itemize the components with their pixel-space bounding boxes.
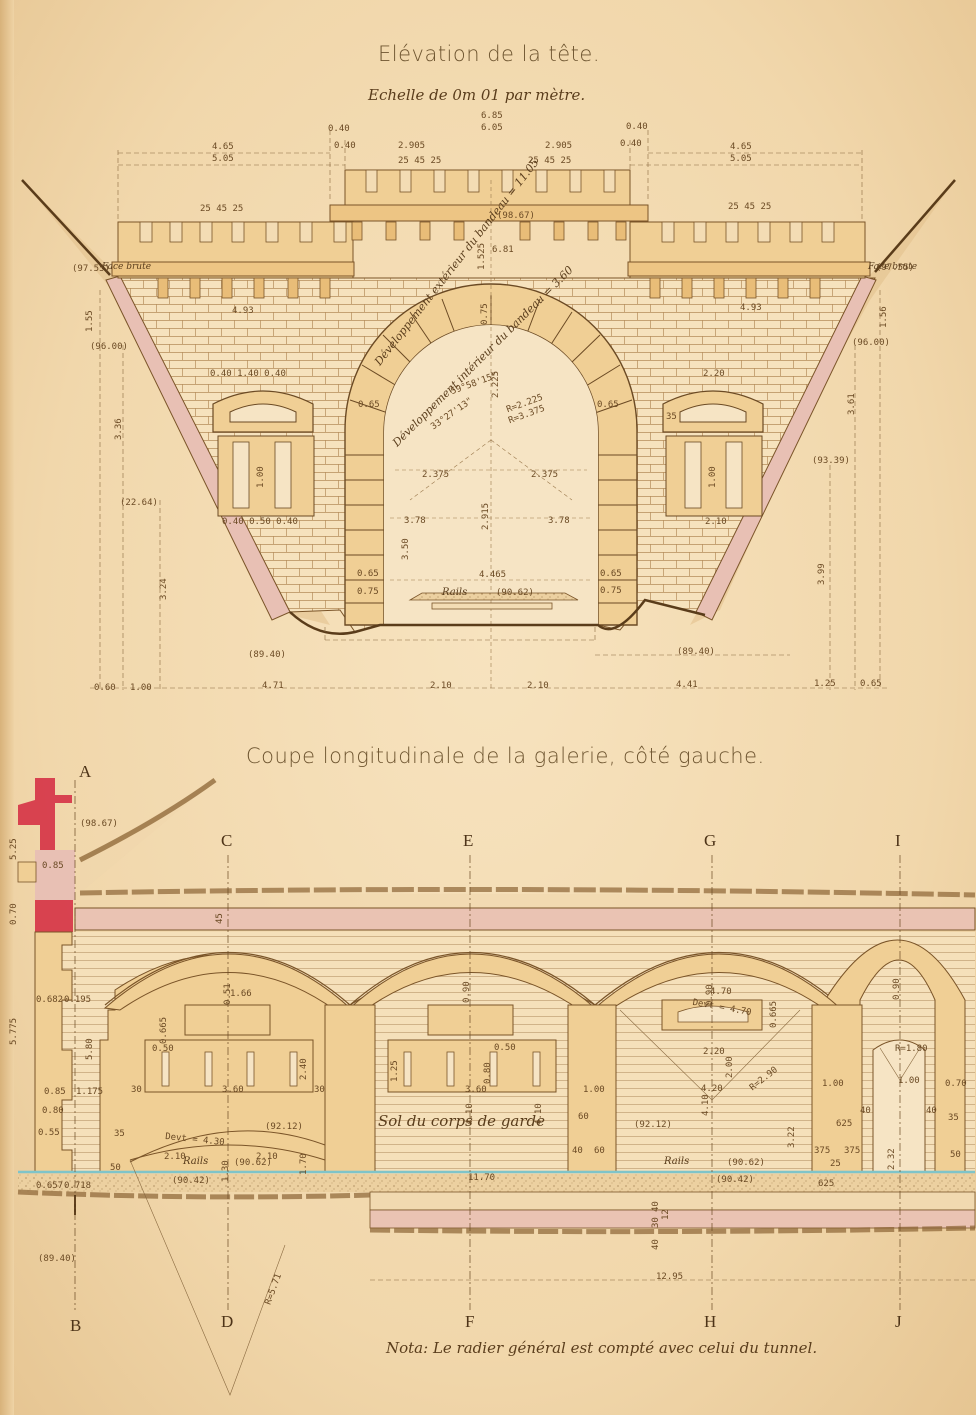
nota-text: Nota: Le radier général est compté avec … <box>386 1339 817 1357</box>
dim-b3-2: 0.665 <box>770 1001 779 1028</box>
dim-b1-13: 2.10 <box>256 1153 278 1162</box>
section-marker-h: H <box>704 1312 716 1332</box>
dim-b1-11: 50 <box>110 1164 121 1173</box>
dim-fd-4: 12.95 <box>656 1273 683 1282</box>
section-marker-e: E <box>463 831 473 851</box>
section-level-rails-right: (90.62) <box>727 1159 765 1168</box>
dim-b3-7: 3.22 <box>788 1126 797 1148</box>
dim-b2-13: 11.70 <box>468 1174 495 1183</box>
label-radius-1-80: R=1.80 <box>895 1045 928 1054</box>
dim-b4-0: 0.90 <box>893 978 902 1000</box>
section-marker-i: I <box>895 831 901 851</box>
dim-b2-5: 3.60 <box>465 1086 487 1095</box>
dim-b2-2: 1.25 <box>391 1060 400 1082</box>
dim-b4-13: 625 <box>818 1180 834 1189</box>
dim-lw-12: 5.80 <box>86 1038 95 1060</box>
dim-lw-5: 0.195 <box>64 996 91 1005</box>
section-marker-b: B <box>70 1316 81 1336</box>
dim-b3-4: 2.00 <box>726 1056 735 1078</box>
label-guardroom-floor: Sol du corps de garde <box>378 1112 545 1130</box>
dim-b2-3: 0.50 <box>494 1044 516 1053</box>
dim-b4-4: 40 <box>860 1107 871 1116</box>
dim-b2-4: 0.80 <box>484 1062 493 1084</box>
section-level-floor: (92.12) <box>265 1123 303 1132</box>
dim-fd-1: 30 <box>652 1217 661 1228</box>
dim-b1-4: 3.60 <box>222 1086 244 1095</box>
dim-b1-7: 2.40 <box>300 1058 309 1080</box>
dim-b4-12: 25 <box>830 1160 841 1169</box>
dim-b1-3: 0.50 <box>152 1045 174 1054</box>
dim-b4-9: 625 <box>836 1120 852 1129</box>
dim-b2-8: 4.10 <box>535 1103 544 1125</box>
dim-lw-0: 5.25 <box>10 838 19 860</box>
dim-lw-10: 0.657 <box>36 1182 63 1191</box>
dim-lw-9: 0.55 <box>38 1129 60 1138</box>
dim-b3-5: 4.20 <box>701 1085 723 1094</box>
dim-lw-6: 0.85 <box>44 1088 66 1097</box>
dim-b3-1: 0.90 <box>706 984 715 1006</box>
dim-b2-7: 4.10 <box>466 1103 475 1125</box>
dim-b2-10: 40 <box>572 1147 583 1156</box>
section-marker-g: G <box>704 831 716 851</box>
dim-b1-5: 30 <box>131 1086 142 1095</box>
section-marker-j: J <box>895 1312 902 1332</box>
section-level-floor-right: (92.12) <box>634 1121 672 1130</box>
dim-lw-7: 1.175 <box>76 1088 103 1097</box>
dim-b4-2: 1.00 <box>898 1077 920 1086</box>
dim-lw-11: 0.718 <box>64 1182 91 1191</box>
dim-b3-3: 2.20 <box>703 1048 725 1057</box>
dim-lw-2: 0.70 <box>10 903 19 925</box>
dim-b1-12: 2.10 <box>164 1153 186 1162</box>
section-title: Coupe longitudinale de la galerie, côté … <box>246 744 765 768</box>
section-marker-c: C <box>221 831 232 851</box>
section-level-formation-right: (90.42) <box>716 1176 754 1185</box>
dim-b4-5: 40 <box>926 1107 937 1116</box>
dim-b1-15: 1.70 <box>300 1153 309 1175</box>
dim-b1-14: 1.30 <box>222 1160 231 1182</box>
dim-lw-1: 0.85 <box>42 862 64 871</box>
dim-fd-0: 40 <box>652 1201 661 1212</box>
dim-b4-14: 2.32 <box>888 1148 897 1170</box>
dim-b1-2: 0.665 <box>160 1017 169 1044</box>
dim-b4-7: 35 <box>948 1114 959 1123</box>
dim-b2-0: 0.90 <box>463 981 472 1003</box>
section-drawing <box>0 0 976 1415</box>
dim-fd-2: 12 <box>662 1209 671 1220</box>
dim-b4-8: 50 <box>950 1151 961 1160</box>
dim-b2-9: 60 <box>578 1113 589 1122</box>
dim-lw-3: 5.775 <box>10 1018 19 1045</box>
dim-b4-3: 1.00 <box>822 1080 844 1089</box>
section-marker-f: F <box>465 1312 474 1332</box>
dim-b3-6: 4.10 <box>702 1094 711 1116</box>
dim-b4-11: 375 <box>844 1147 860 1156</box>
section-level-formation-left: (90.42) <box>172 1177 210 1186</box>
dim-b4-10: 375 <box>814 1147 830 1156</box>
dim-b1-1: 1.66 <box>230 990 252 999</box>
dim-lw-8: 0.80 <box>42 1107 64 1116</box>
dim-b2-6: 1.00 <box>583 1086 605 1095</box>
section-level-top: (98.67) <box>80 820 118 829</box>
dim-roof-thickness: 45 <box>216 913 225 924</box>
dim-b2-11: 60 <box>594 1147 605 1156</box>
section-label-rails-right: Rails <box>664 1156 689 1167</box>
section-marker-a: A <box>79 762 91 782</box>
section-marker-d: D <box>221 1312 233 1332</box>
dim-b1-9: 35 <box>114 1130 125 1139</box>
dim-b1-6: 30 <box>314 1086 325 1095</box>
dim-lw-4: 0.682 <box>36 996 63 1005</box>
section-level-base: (89.40) <box>38 1255 76 1264</box>
dim-b4-6: 0.70 <box>945 1080 967 1089</box>
dim-fd-3: 40 <box>652 1239 661 1250</box>
section-label-rails-left: Rails <box>183 1156 208 1167</box>
